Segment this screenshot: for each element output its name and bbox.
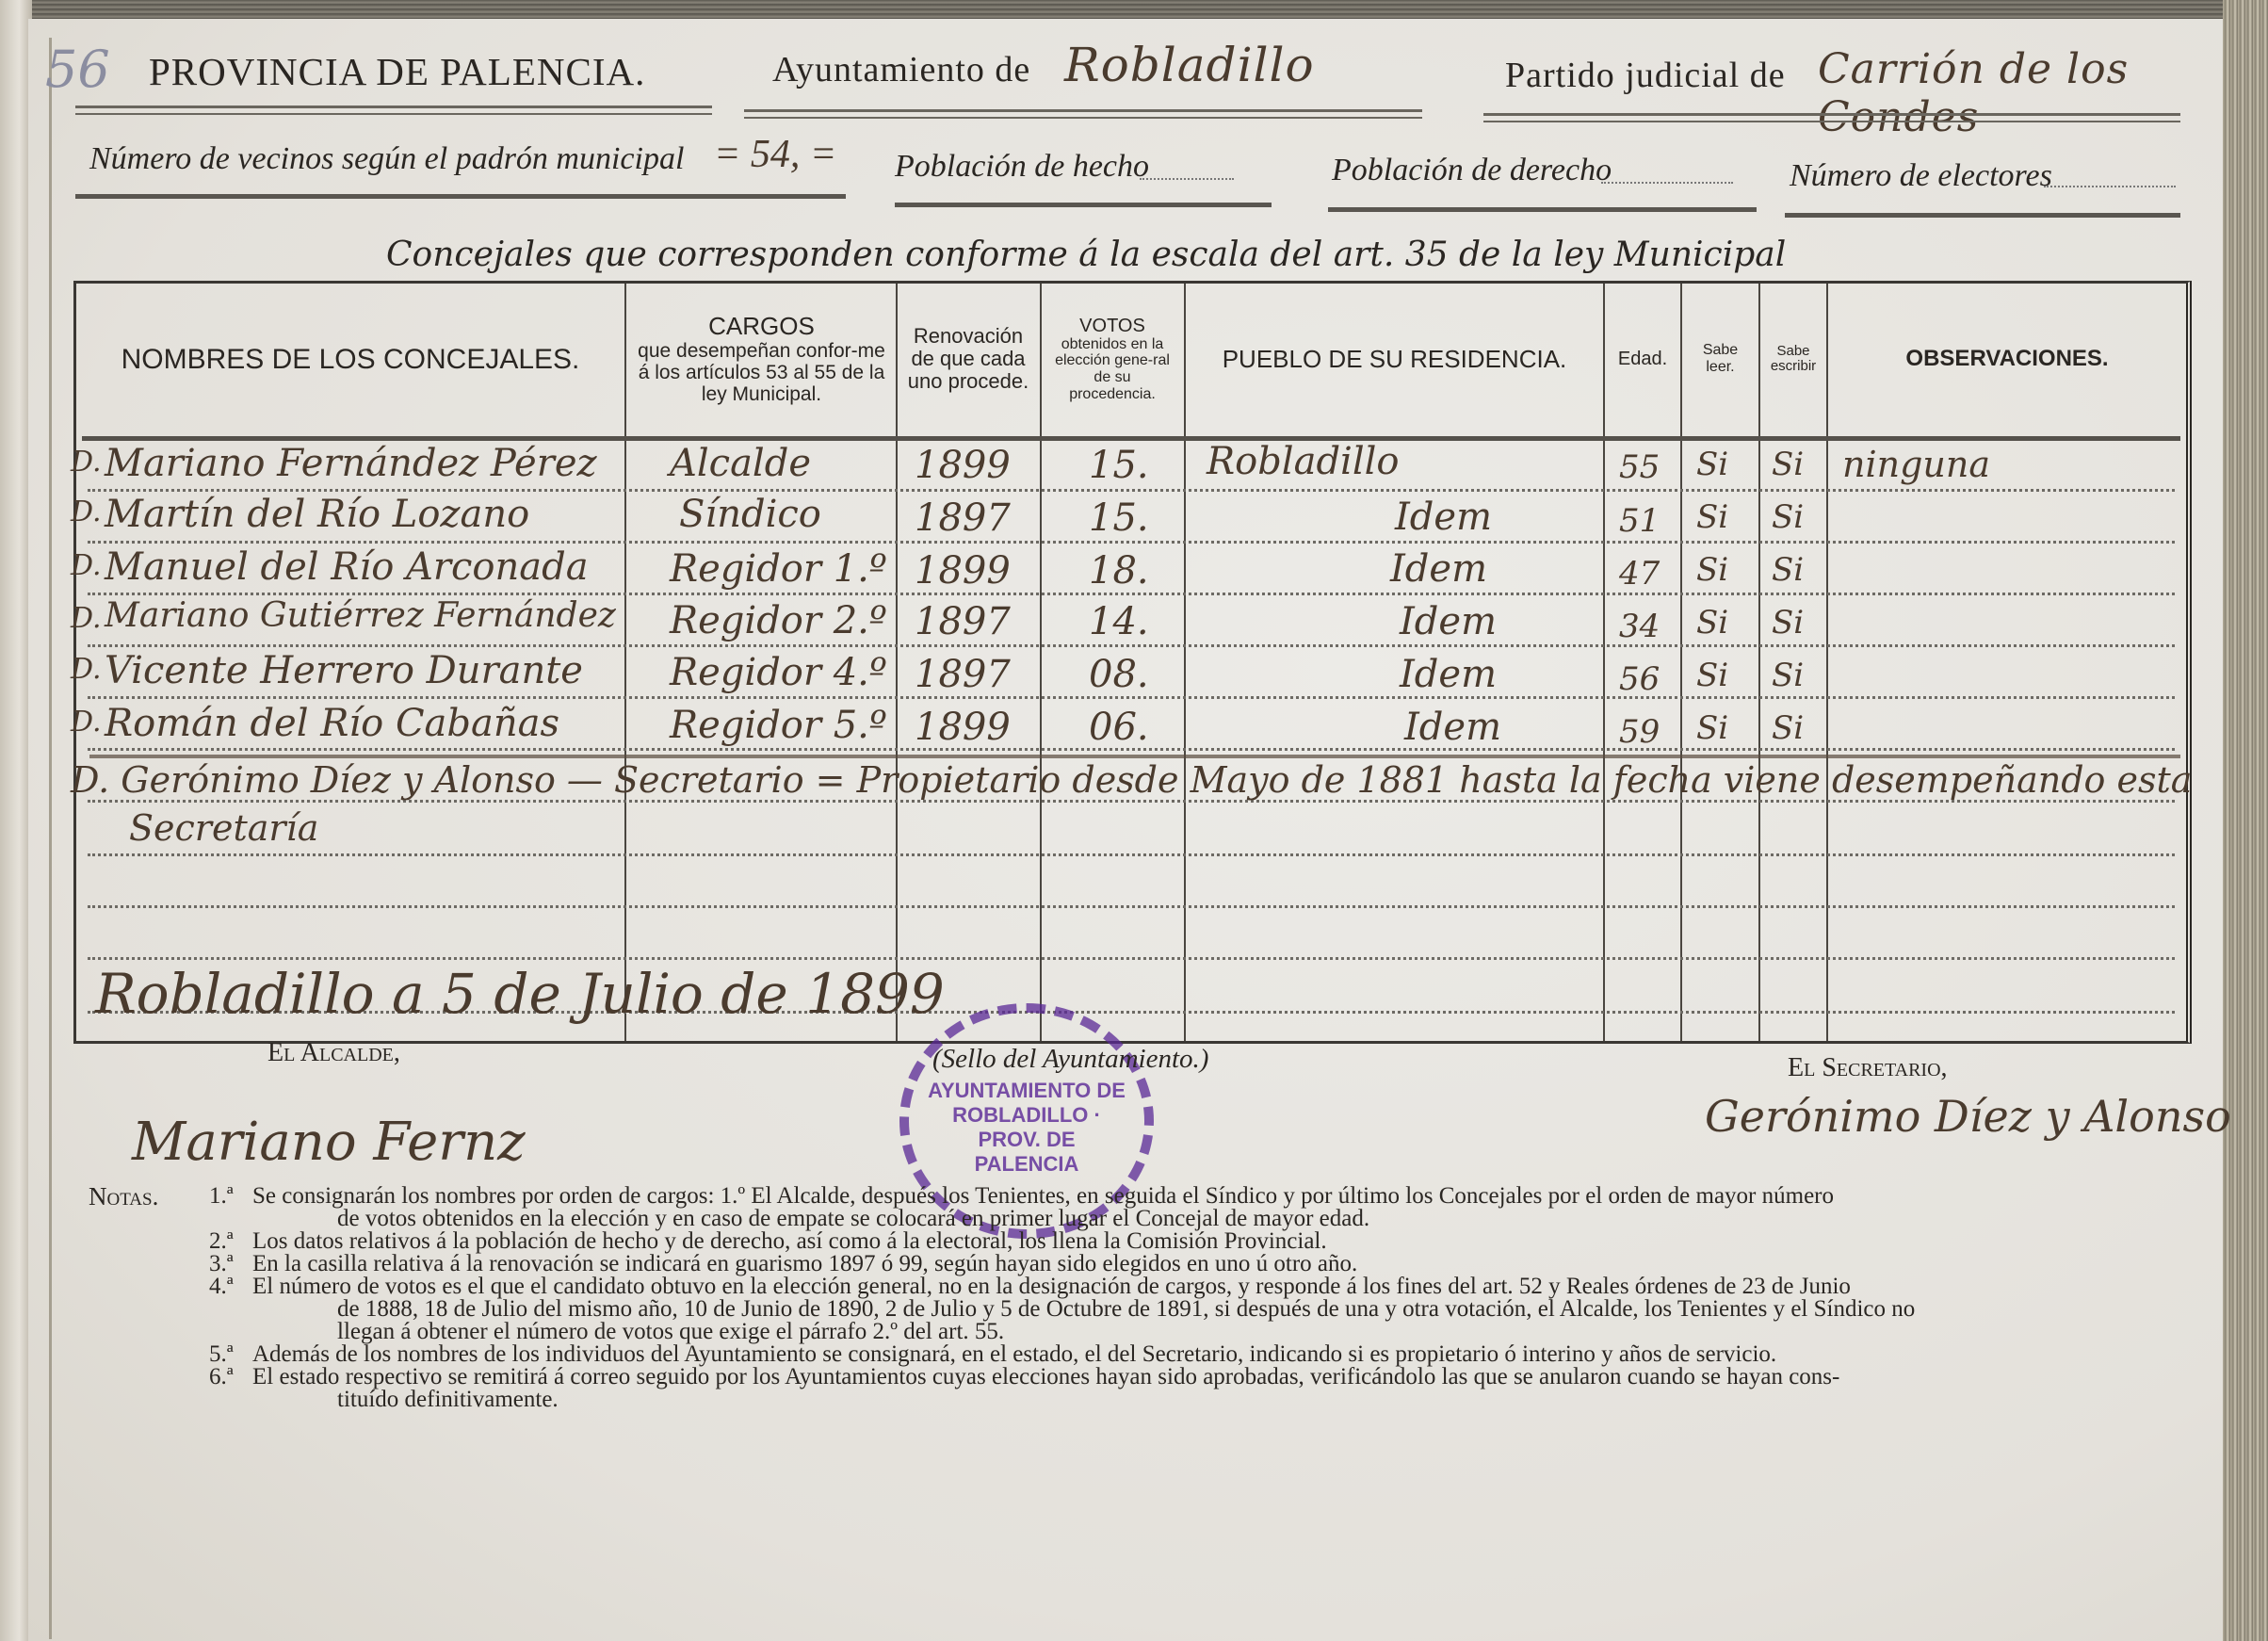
row-rule	[88, 593, 2175, 595]
row-rule	[88, 905, 2175, 908]
population-rule	[75, 194, 846, 199]
note-line: El número de votos es el que el candidat…	[252, 1275, 1851, 1298]
row-rule	[88, 853, 2175, 856]
header-votos-title: VOTOS	[1079, 316, 1145, 336]
row-leer: Si	[1696, 604, 1728, 642]
council-end-underline	[89, 755, 2180, 758]
row-cargo: Regidor 5.º	[670, 704, 887, 747]
row-edad: 47	[1619, 555, 1660, 593]
secretary-entry-line-2: Secretaría	[129, 807, 318, 849]
row-pueblo: Idem	[1400, 600, 1497, 643]
row-cargo: Regidor 2.º	[670, 599, 887, 642]
row-renovacion: 1897	[915, 600, 1011, 643]
book-top-edge	[0, 0, 2268, 21]
population-rule	[1328, 207, 1757, 212]
row-votos: 08.	[1089, 653, 1149, 696]
row-name: Román del Río Cabañas	[105, 702, 559, 745]
row-leer: Si	[1696, 657, 1728, 694]
row-rule	[88, 489, 2175, 492]
electores-value	[2044, 160, 2176, 196]
header-rule	[1483, 113, 2180, 116]
electores-label: Número de electores	[1790, 158, 2052, 194]
row-renovacion: 1897	[915, 496, 1011, 540]
ayuntamiento-value: Robladillo	[1064, 38, 1315, 92]
row-name: Vicente Herrero Durante	[105, 649, 583, 692]
note-number: 6.ª	[209, 1366, 234, 1389]
note-line: de votos obtenidos en la elección y en c…	[252, 1208, 1369, 1230]
row-pueblo: Idem	[1390, 547, 1487, 591]
row-escribir: Si	[1772, 446, 1804, 483]
partido-label: Partido judicial de	[1505, 55, 1786, 96]
pencil-page-number: 56	[45, 40, 110, 99]
note-line: En la casilla relativa á la renovación s…	[252, 1253, 1357, 1275]
row-cargo: Regidor 4.º	[670, 651, 887, 694]
row-pueblo: Idem	[1395, 496, 1492, 539]
vecinos-label: Número de vecinos según el padrón munici…	[89, 141, 684, 177]
sello-label: (Sello del Ayuntamiento.)	[932, 1044, 1208, 1075]
note-number: 2.ª	[209, 1230, 234, 1253]
note-line: de 1888, 18 de Julio del mismo año, 10 d…	[252, 1298, 1915, 1321]
note-line: El estado respectivo se remitirá á corre…	[252, 1366, 1839, 1389]
row-edad: 55	[1619, 448, 1660, 486]
row-prefix: D.	[71, 706, 102, 739]
header-sabe-escribir: Sabe escribir	[1760, 284, 1826, 434]
alcalde-signature: Mariano Fernz	[132, 1112, 526, 1173]
row-renovacion: 1899	[915, 549, 1011, 593]
row-prefix: D.	[71, 549, 102, 582]
row-edad: 51	[1619, 502, 1660, 540]
note-number: 4.ª	[209, 1275, 234, 1298]
row-escribir: Si	[1772, 657, 1804, 694]
note-number: 5.ª	[209, 1343, 234, 1366]
header-nombres: NOMBRES DE LOS CONCEJALES.	[76, 284, 624, 434]
row-votos: 15.	[1089, 444, 1149, 487]
book-page-edges-right	[2223, 0, 2268, 1641]
row-leer: Si	[1696, 446, 1728, 483]
date-line: Robladillo a 5 de Julio de 1899	[95, 962, 945, 1026]
header-edad: Edad.	[1605, 284, 1680, 434]
note-line: llegan á obtener el número de votos que …	[252, 1321, 1004, 1343]
header-pueblo: PUEBLO DE SU RESIDENCIA.	[1186, 284, 1603, 434]
header-votos-sub: obtenidos en la elección gene-ral de su …	[1049, 336, 1175, 402]
stamp-text: AYUNTAMIENTO DE ROBLADILLO · PROV. DE PA…	[909, 1079, 1144, 1177]
binding-fold	[49, 38, 52, 1639]
vecinos-value: = 54, =	[714, 132, 836, 177]
poblacion-hecho-value	[1140, 153, 1234, 188]
row-prefix: D.	[71, 496, 102, 528]
secretario-signature: Gerónimo Díez y Alonso	[1705, 1091, 2231, 1142]
row-observaciones: ninguna	[1842, 444, 1990, 485]
row-edad: 34	[1619, 608, 1660, 645]
notes-label: Notas.	[89, 1185, 158, 1208]
header-bottom-rule	[82, 436, 2180, 441]
row-edad: 56	[1619, 660, 1660, 698]
poblacion-derecho-label: Población de derecho	[1332, 153, 1612, 188]
poblacion-derecho-value	[1601, 156, 1733, 192]
alcalde-label: El Alcalde,	[267, 1038, 400, 1068]
header-cargos-sub: que desempeñan confor-me á los artículos…	[635, 340, 889, 405]
header-rule	[744, 109, 1422, 112]
row-escribir: Si	[1772, 498, 1804, 536]
header-renovacion: Renovación de que cada uno procede.	[898, 284, 1039, 434]
row-edad: 59	[1619, 713, 1660, 751]
row-escribir: Si	[1772, 709, 1804, 747]
book-binding-left	[0, 0, 32, 1641]
row-prefix: D.	[71, 602, 102, 635]
row-leer: Si	[1696, 709, 1728, 747]
row-votos: 15.	[1089, 496, 1149, 540]
row-name: Manuel del Río Arconada	[105, 545, 589, 589]
row-prefix: D.	[71, 653, 102, 686]
row-escribir: Si	[1772, 551, 1804, 589]
secretary-entry-line-1: D. Gerónimo Díez y Alonso — Secretario =…	[71, 759, 2192, 801]
row-pueblo: Robladillo	[1207, 440, 1400, 483]
partido-value: Carrión de los Condes	[1818, 45, 2268, 141]
header-cargos-title: CARGOS	[708, 313, 815, 340]
row-renovacion: 1897	[915, 653, 1011, 696]
row-votos: 06.	[1089, 706, 1149, 749]
row-pueblo: Idem	[1400, 653, 1497, 696]
row-prefix: D.	[71, 446, 102, 479]
row-cargo: Regidor 1.º	[670, 547, 887, 591]
population-rule	[895, 203, 1272, 207]
poblacion-hecho-label: Población de hecho	[895, 149, 1149, 185]
row-votos: 18.	[1089, 549, 1149, 593]
row-cargo: Síndico	[679, 493, 821, 536]
header-sabe-leer: Sabe leer.	[1682, 284, 1758, 434]
row-rule	[88, 541, 2175, 544]
header-cargos: CARGOS que desempeñan confor-me á los ar…	[627, 284, 896, 434]
note-line: tituído definitivamente.	[252, 1389, 559, 1411]
row-cargo: Alcalde	[670, 442, 811, 485]
ayuntamiento-label: Ayuntamiento de	[772, 49, 1030, 90]
concejales-table: NOMBRES DE LOS CONCEJALES. CARGOS que de…	[73, 281, 2192, 1044]
row-renovacion: 1899	[915, 444, 1011, 487]
row-escribir: Si	[1772, 604, 1804, 642]
row-leer: Si	[1696, 498, 1728, 536]
header-rule	[75, 106, 712, 108]
note-line: Además de los nombres de los individuos …	[252, 1343, 1776, 1366]
note-number: 1.ª	[209, 1185, 234, 1208]
note-line: Se consignarán los nombres por orden de …	[252, 1185, 1834, 1208]
row-name: Martín del Río Lozano	[105, 493, 529, 536]
population-rule	[1785, 213, 2180, 218]
note-number: 3.ª	[209, 1253, 234, 1275]
row-rule	[88, 696, 2175, 699]
province-title: PROVINCIA DE PALENCIA.	[149, 49, 645, 94]
table-subtitle: Concejales que corresponden conforme á l…	[386, 236, 1786, 274]
row-leer: Si	[1696, 551, 1728, 589]
row-rule	[88, 644, 2175, 647]
secretario-label: El Secretario,	[1788, 1053, 1948, 1083]
note-line: Los datos relativos á la población de he…	[252, 1230, 1327, 1253]
row-name: Mariano Gutiérrez Fernández	[105, 596, 616, 635]
row-pueblo: Idem	[1404, 706, 1501, 749]
row-rule	[88, 957, 2175, 960]
header-votos: VOTOS obtenidos en la elección gene-ral …	[1042, 284, 1183, 434]
header-observaciones: OBSERVACIONES.	[1828, 284, 2186, 434]
row-renovacion: 1899	[915, 706, 1011, 749]
row-name: Mariano Fernández Pérez	[105, 442, 597, 485]
row-votos: 14.	[1089, 600, 1149, 643]
col-sep	[624, 284, 626, 1041]
